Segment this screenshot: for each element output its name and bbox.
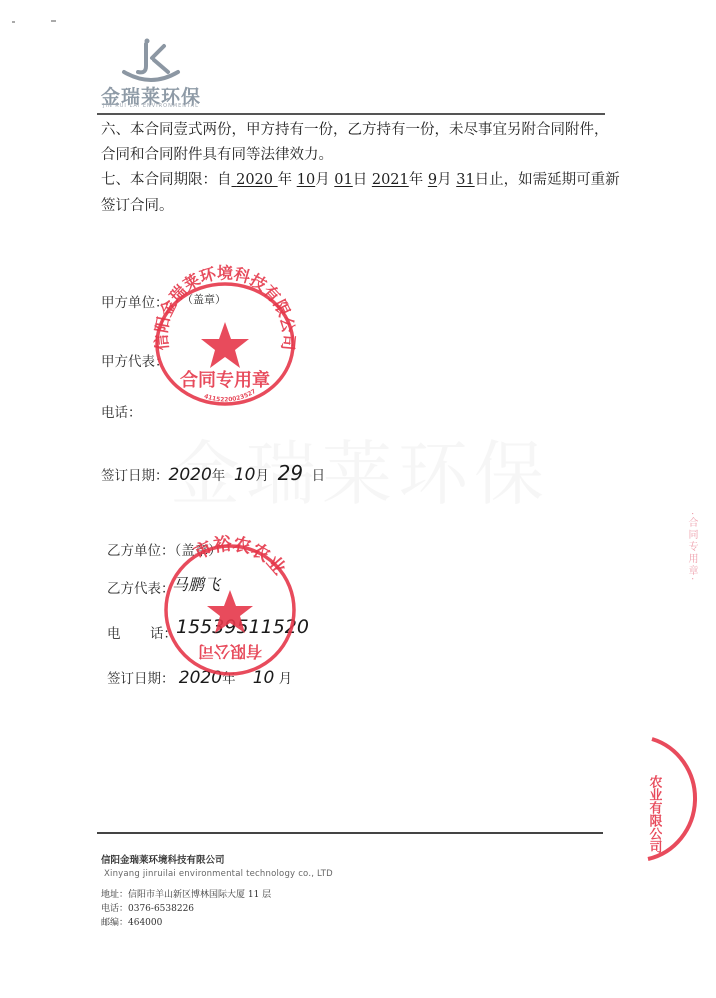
month-char: 月 [437,172,452,188]
month-char: 月 [256,468,270,484]
footer-company-cn: 信阳金瑞莱环境科技有限公司 [101,852,225,866]
party-b-company-seal: 市裕农农业 有限公司 [160,540,300,680]
year-char: 年 [278,172,293,188]
footer-company-en: Xinyang jinruilai environmental technolo… [104,869,333,879]
clause-six-line2: 合同和合同附件具有同等法律效力。 [101,146,333,164]
party-a-phone-label: 电话： [101,401,142,421]
clause-seven-prefix: 七、本合同期限：自 [101,172,232,188]
footer-phone: 电话：0376-6538226 [101,901,194,914]
start-year: 2020 [232,172,278,188]
end-year: 2021 [372,172,409,188]
clause-seven-line1: 七、本合同期限：自 2020 年 10月 01日 2021年 9月 31日止，如… [101,171,620,189]
day-char: 日 [312,468,326,484]
clause-seven-line2: 签订合同。 [101,197,174,215]
logo-text-en: JIN RUI LAI ENVIRONMENTAL [103,103,199,109]
start-month: 10 [297,172,315,188]
edge-faint-stamp: ·合同专用章· [684,512,699,582]
footer-postcode: 邮编：464000 [101,915,162,928]
svg-text:农业有限公司: 农业有限公司 [647,774,663,854]
svg-text:市裕农农业: 市裕农农业 [190,533,289,579]
scan-speck [51,20,56,22]
handwritten-year: 2020 [169,465,212,485]
party-b-phone-label-1: 电 [107,622,121,642]
start-day: 01 [334,172,352,188]
jrl-logo-icon [116,38,186,84]
svg-text:有限公司: 有限公司 [198,642,262,661]
party-a-contract-seal: 信阳金瑞莱环境科技有限公司 合同专用章 4115220023527 [150,282,300,412]
party-a-sign-date: 签订日期：2020年 10月 29 日 [101,461,325,485]
month-char: 月 [315,172,330,188]
sign-date-label: 签订日期： [101,468,169,484]
handwritten-day: 29 [278,461,303,485]
edge-partial-seal: 农业有限公司 [640,735,700,865]
header-divider [97,113,605,115]
day-char: 日 [353,172,368,188]
end-month: 9 [428,172,437,188]
handwritten-month: 10 [234,465,256,485]
end-day: 31 [456,172,474,188]
clause-six-line1: 六、本合同壹式两份，甲方持有一份，乙方持有一份，未尽事宜另附合同附件， [101,121,609,139]
year-char: 年 [212,468,226,484]
clause-seven-suffix: 日止，如需延期可重新 [475,172,620,188]
scan-speck [12,21,15,23]
year-char: 年 [409,172,424,188]
svg-text:合同专用章: 合同专用章 [180,369,270,391]
footer-divider [97,832,603,834]
footer-address: 地址：信阳市羊山新区博林国际大厦 11 层 [101,887,271,900]
